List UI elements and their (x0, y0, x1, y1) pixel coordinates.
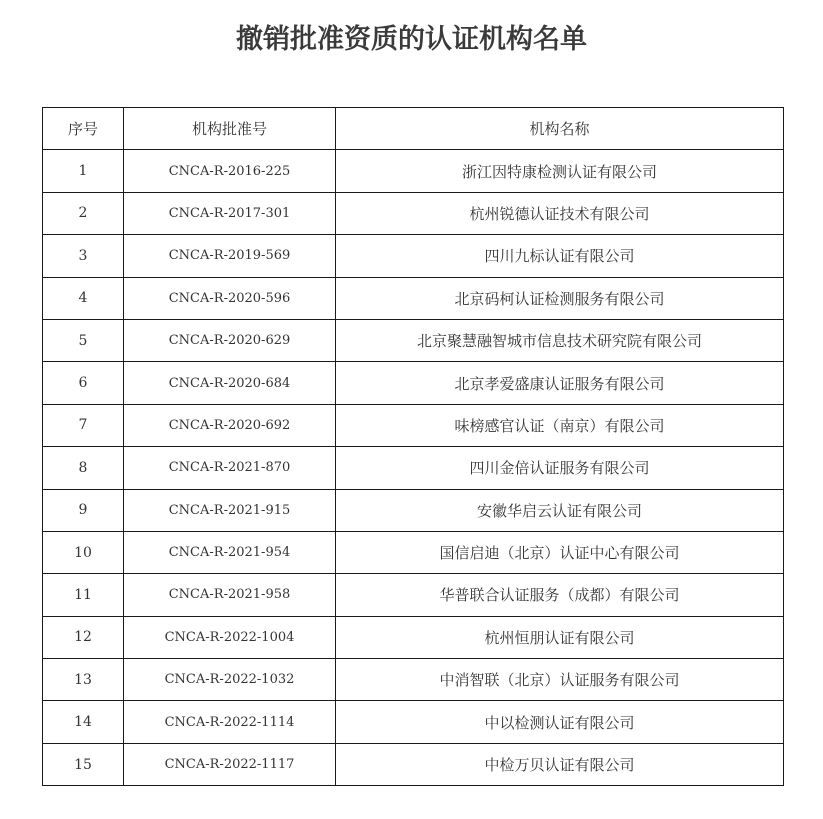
row-no: 3 (43, 235, 124, 277)
row-body-name: 味榜感官认证（南京）有限公司 (336, 404, 784, 446)
row-body-name: 四川金倍认证服务有限公司 (336, 447, 784, 489)
row-approval-code: CNCA-R-2022-1004 (124, 616, 336, 658)
row-no: 8 (43, 447, 124, 489)
table-row: 2 CNCA-R-2017-301 杭州锐德认证技术有限公司 (43, 192, 784, 234)
table-row: 11 CNCA-R-2021-958 华普联合认证服务（成都）有限公司 (43, 574, 784, 616)
row-no: 12 (43, 616, 124, 658)
row-body-name: 中检万贝认证有限公司 (336, 743, 784, 785)
table-row: 8 CNCA-R-2021-870 四川金倍认证服务有限公司 (43, 447, 784, 489)
row-approval-code: CNCA-R-2020-596 (124, 277, 336, 319)
row-body-name: 北京孝爱盛康认证服务有限公司 (336, 362, 784, 404)
table-row: 9 CNCA-R-2021-915 安徽华启云认证有限公司 (43, 489, 784, 531)
row-no: 5 (43, 319, 124, 361)
table-row: 12 CNCA-R-2022-1004 杭州恒朋认证有限公司 (43, 616, 784, 658)
row-body-name: 杭州恒朋认证有限公司 (336, 616, 784, 658)
row-body-name: 北京聚慧融智城市信息技术研究院有限公司 (336, 319, 784, 361)
row-approval-code: CNCA-R-2019-569 (124, 235, 336, 277)
header-approval-code: 机构批准号 (124, 108, 336, 150)
row-body-name: 浙江因特康检测认证有限公司 (336, 150, 784, 192)
row-approval-code: CNCA-R-2020-629 (124, 319, 336, 361)
row-body-name: 北京码柯认证检测服务有限公司 (336, 277, 784, 319)
row-approval-code: CNCA-R-2021-870 (124, 447, 336, 489)
table-row: 5 CNCA-R-2020-629 北京聚慧融智城市信息技术研究院有限公司 (43, 319, 784, 361)
row-body-name: 安徽华启云认证有限公司 (336, 489, 784, 531)
table-header-row: 序号 机构批准号 机构名称 (43, 108, 784, 150)
table-row: 6 CNCA-R-2020-684 北京孝爱盛康认证服务有限公司 (43, 362, 784, 404)
table-row: 15 CNCA-R-2022-1117 中检万贝认证有限公司 (43, 743, 784, 785)
row-no: 10 (43, 531, 124, 573)
row-no: 4 (43, 277, 124, 319)
row-no: 2 (43, 192, 124, 234)
row-body-name: 中消智联（北京）认证服务有限公司 (336, 659, 784, 701)
table-row: 4 CNCA-R-2020-596 北京码柯认证检测服务有限公司 (43, 277, 784, 319)
row-no: 9 (43, 489, 124, 531)
row-no: 14 (43, 701, 124, 743)
table-row: 3 CNCA-R-2019-569 四川九标认证有限公司 (43, 235, 784, 277)
row-body-name: 中以检测认证有限公司 (336, 701, 784, 743)
row-no: 7 (43, 404, 124, 446)
row-body-name: 四川九标认证有限公司 (336, 235, 784, 277)
table-row: 1 CNCA-R-2016-225 浙江因特康检测认证有限公司 (43, 150, 784, 192)
revoked-bodies-table: 序号 机构批准号 机构名称 1 CNCA-R-2016-225 浙江因特康检测认… (42, 107, 784, 786)
row-body-name: 国信启迪（北京）认证中心有限公司 (336, 531, 784, 573)
row-no: 1 (43, 150, 124, 192)
header-no: 序号 (43, 108, 124, 150)
row-approval-code: CNCA-R-2021-958 (124, 574, 336, 616)
row-approval-code: CNCA-R-2016-225 (124, 150, 336, 192)
row-approval-code: CNCA-R-2021-954 (124, 531, 336, 573)
row-approval-code: CNCA-R-2020-684 (124, 362, 336, 404)
header-body-name: 机构名称 (336, 108, 784, 150)
row-body-name: 杭州锐德认证技术有限公司 (336, 192, 784, 234)
row-no: 15 (43, 743, 124, 785)
table-row: 13 CNCA-R-2022-1032 中消智联（北京）认证服务有限公司 (43, 659, 784, 701)
row-body-name: 华普联合认证服务（成都）有限公司 (336, 574, 784, 616)
row-no: 13 (43, 659, 124, 701)
row-approval-code: CNCA-R-2017-301 (124, 192, 336, 234)
page-title: 撤销批准资质的认证机构名单 (0, 20, 823, 60)
row-no: 11 (43, 574, 124, 616)
row-approval-code: CNCA-R-2022-1117 (124, 743, 336, 785)
table-row: 14 CNCA-R-2022-1114 中以检测认证有限公司 (43, 701, 784, 743)
row-approval-code: CNCA-R-2020-692 (124, 404, 336, 446)
row-approval-code: CNCA-R-2021-915 (124, 489, 336, 531)
table-row: 7 CNCA-R-2020-692 味榜感官认证（南京）有限公司 (43, 404, 784, 446)
table-row: 10 CNCA-R-2021-954 国信启迪（北京）认证中心有限公司 (43, 531, 784, 573)
row-approval-code: CNCA-R-2022-1114 (124, 701, 336, 743)
row-approval-code: CNCA-R-2022-1032 (124, 659, 336, 701)
row-no: 6 (43, 362, 124, 404)
